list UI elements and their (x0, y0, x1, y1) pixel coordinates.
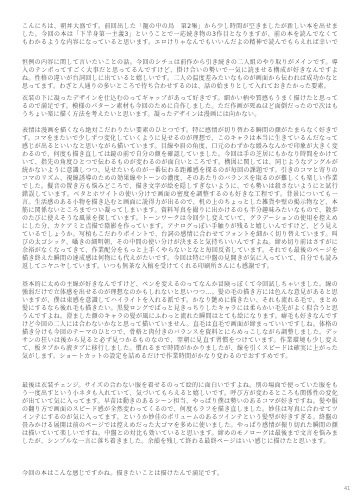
paragraph-art-commentary: 基本的に太めの主線が好きなんですけど、ペンを変えるのってなんか冒険っぽくて今回試… (22, 281, 338, 377)
afterword-page: こんにちは、朝丼大盛です。前回出した「籠の中の鳥 第2集」から少し時間が空きまし… (0, 0, 360, 504)
paragraph-closing: 今回の本はこんな感じですかね。描きたいことは描けたんで満足です。 (22, 470, 338, 478)
paragraph-intro-notes: 恒例の内容に関して言いたいことの話。今回のシチュは前作から引き続きの二人組のやり… (22, 59, 338, 91)
paragraph-greeting: こんにちは、朝丼大盛です。前回出した「籠の中の鳥 第2集」から少し時間が空きまし… (22, 23, 338, 47)
afterword-text-block: こんにちは、朝丼大盛です。前回出した「籠の中の鳥 第2集」から少し時間が空きまし… (22, 23, 338, 478)
page-number: 41 (344, 486, 350, 492)
paragraph-final-scenes: 最後は衣装チェンジ。サイズの合わない服を着せるのって絵的に面白いですよね。別の場… (22, 382, 338, 462)
paragraph-main-commentary: 表情は漫画を描くなら絶対こだわりたい要素のひとつです。特に感情が切り替わる瞬間の… (22, 127, 338, 271)
paragraph-design-notes: 衣装の下に凝ったデザインを仕込むのってギャップがあって好きです。細かい柄や質感も… (22, 95, 338, 119)
